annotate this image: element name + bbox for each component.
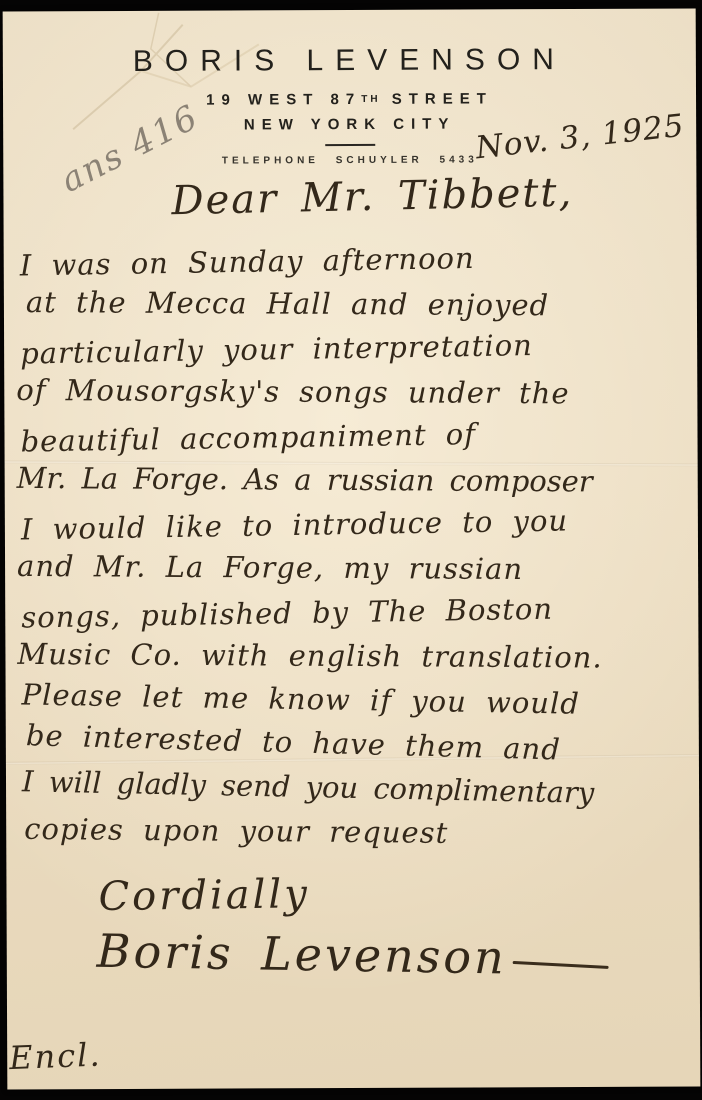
salutation: Dear Mr. Tibbett, xyxy=(171,170,574,225)
letter-body-line: songs, published by The Boston xyxy=(17,584,693,639)
letter-body: I was on Sunday afternoonat the Mecca Ha… xyxy=(16,237,694,856)
letterhead-name: BORIS LEVENSON xyxy=(3,42,696,79)
letter-body-line: I was on Sunday afternoon xyxy=(15,232,691,287)
letter-body-line: Mr. La Forge. As a russian composer xyxy=(17,456,692,504)
signature-row: Boris Levenson xyxy=(96,924,609,986)
letter-body-line: and Mr. La Forge, my russian xyxy=(17,544,692,592)
letter-body-line: copies upon your request xyxy=(18,807,693,857)
letterhead-street-ordinal: TH xyxy=(361,94,380,105)
letterhead-divider xyxy=(325,144,375,146)
closing: Cordially xyxy=(98,871,310,920)
letter-body-line: at the Mecca Hall and enjoyed xyxy=(16,280,691,328)
letter-body-line: I would like to introduce to you xyxy=(17,496,693,551)
letter-body-line: of Mousorgsky's songs under the xyxy=(16,368,691,416)
letter-scan: BORIS LEVENSON 19 WEST 87TH STREET NEW Y… xyxy=(0,0,702,1100)
paper-sheet: BORIS LEVENSON 19 WEST 87TH STREET NEW Y… xyxy=(3,8,701,1089)
signature-flourish xyxy=(513,961,609,969)
letterhead-street-name: STREET xyxy=(381,90,493,107)
letterhead-street-number: 19 WEST 87 xyxy=(206,91,361,109)
signature: Boris Levenson xyxy=(96,924,507,985)
letter-body-line: particularly your interpretation xyxy=(16,320,692,375)
enclosure-note: Encl. xyxy=(9,1035,103,1077)
letterhead-street: 19 WEST 87TH STREET xyxy=(3,89,696,109)
letter-body-line: beautiful accompaniment of xyxy=(16,408,692,463)
letter-body-line: Music Co. with english translation. xyxy=(17,632,692,680)
